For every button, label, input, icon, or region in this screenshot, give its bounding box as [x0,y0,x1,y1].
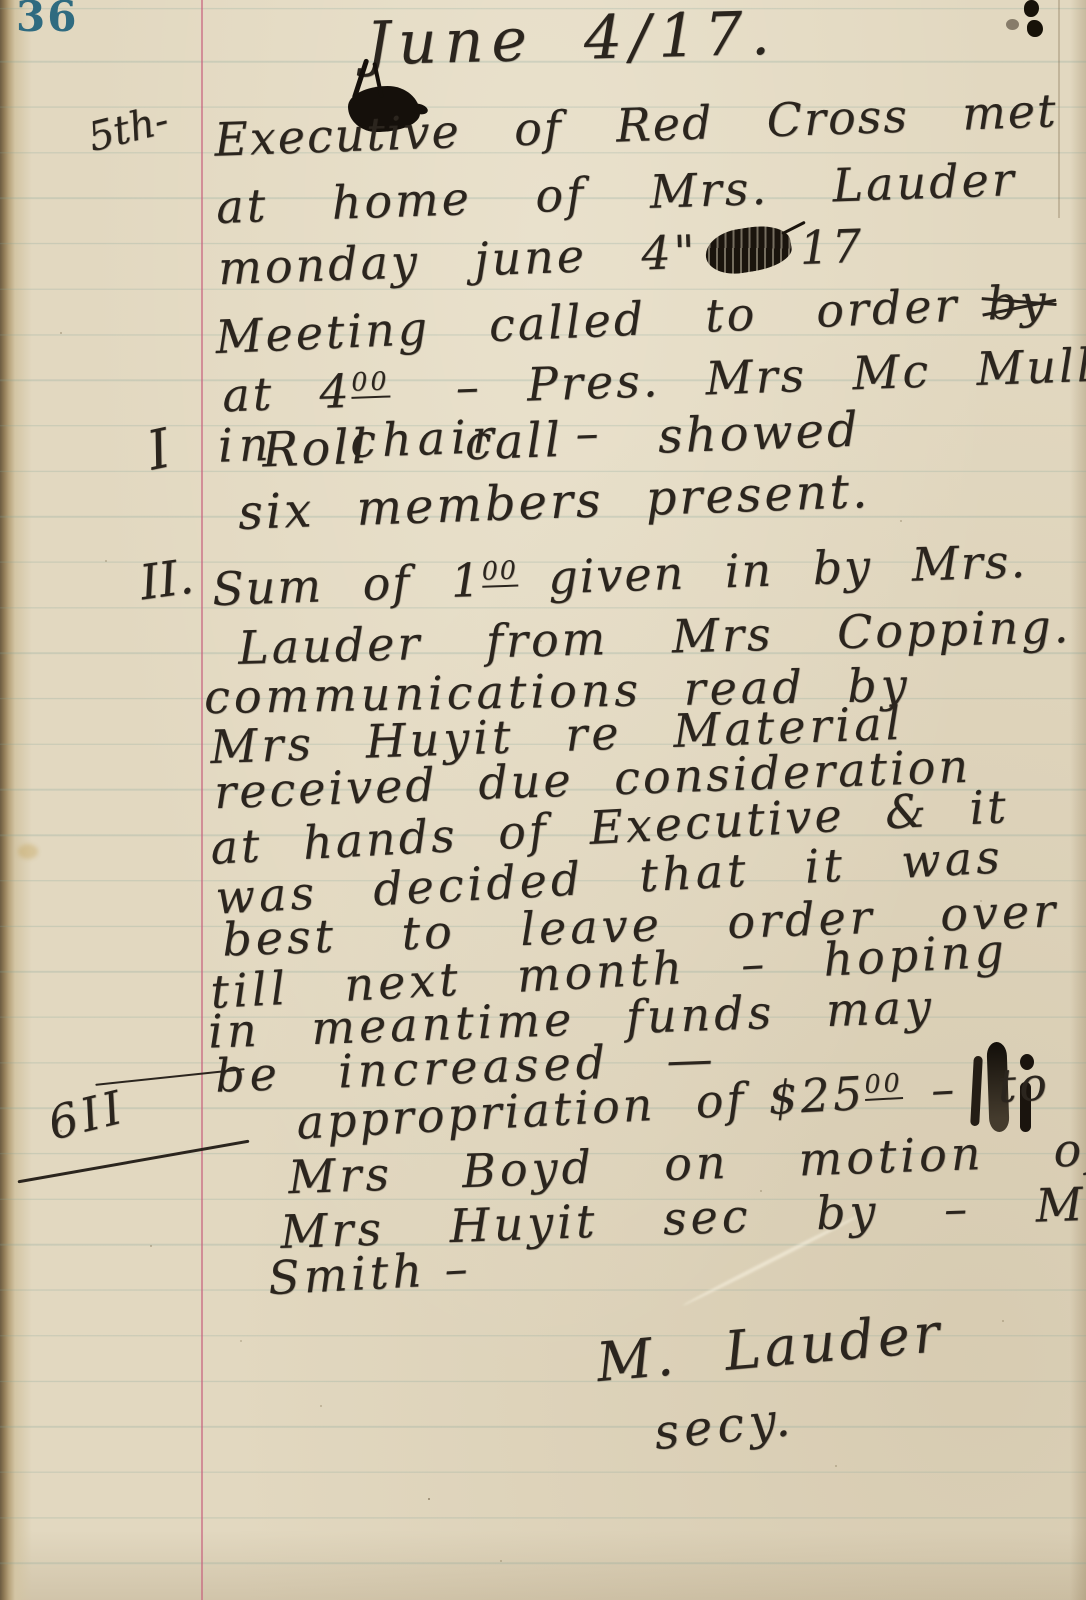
page-number: 36 [16,0,78,41]
line-text: 17 [799,219,865,275]
margin-label: 6II [43,1079,131,1150]
paper-stain [18,844,38,859]
margin-label: 5th- [84,97,174,161]
margin-rule-line [201,0,203,1600]
minute-book-page: 36 June 4/17. 5th- Executive of Red Cros… [0,0,1086,1600]
ink-dots [1027,20,1043,37]
margin-label: I [142,416,176,482]
line-text: given in by Mrs. [547,534,1028,605]
minute-line: at home of Mrs. Lauder [215,152,1017,234]
signature-name: M. Lauder [594,1301,946,1394]
line-text: monday june 4" [217,225,698,296]
line-text: Sum of 1 [211,553,483,616]
ink-dots [1024,0,1039,17]
superscript: 00 [351,366,390,398]
struck-word: by [986,274,1050,331]
superscript: 00 [481,555,518,587]
date-heading: June 4/17. [365,0,778,79]
margin-label: II. [136,549,196,612]
line-text: – to [930,1056,1051,1116]
ink-dots [1006,19,1019,30]
line-text: at 4 [221,364,352,422]
label-underline [18,1140,250,1184]
line-text: $25 [767,1066,867,1125]
scratched-out-word [702,221,794,278]
superscript: 00 [864,1068,904,1101]
minute-line: Smith – [267,1241,473,1306]
paper-speckles [0,0,2,2]
page-edge-crease [1058,0,1060,218]
signature-title: secy. [651,1391,797,1461]
